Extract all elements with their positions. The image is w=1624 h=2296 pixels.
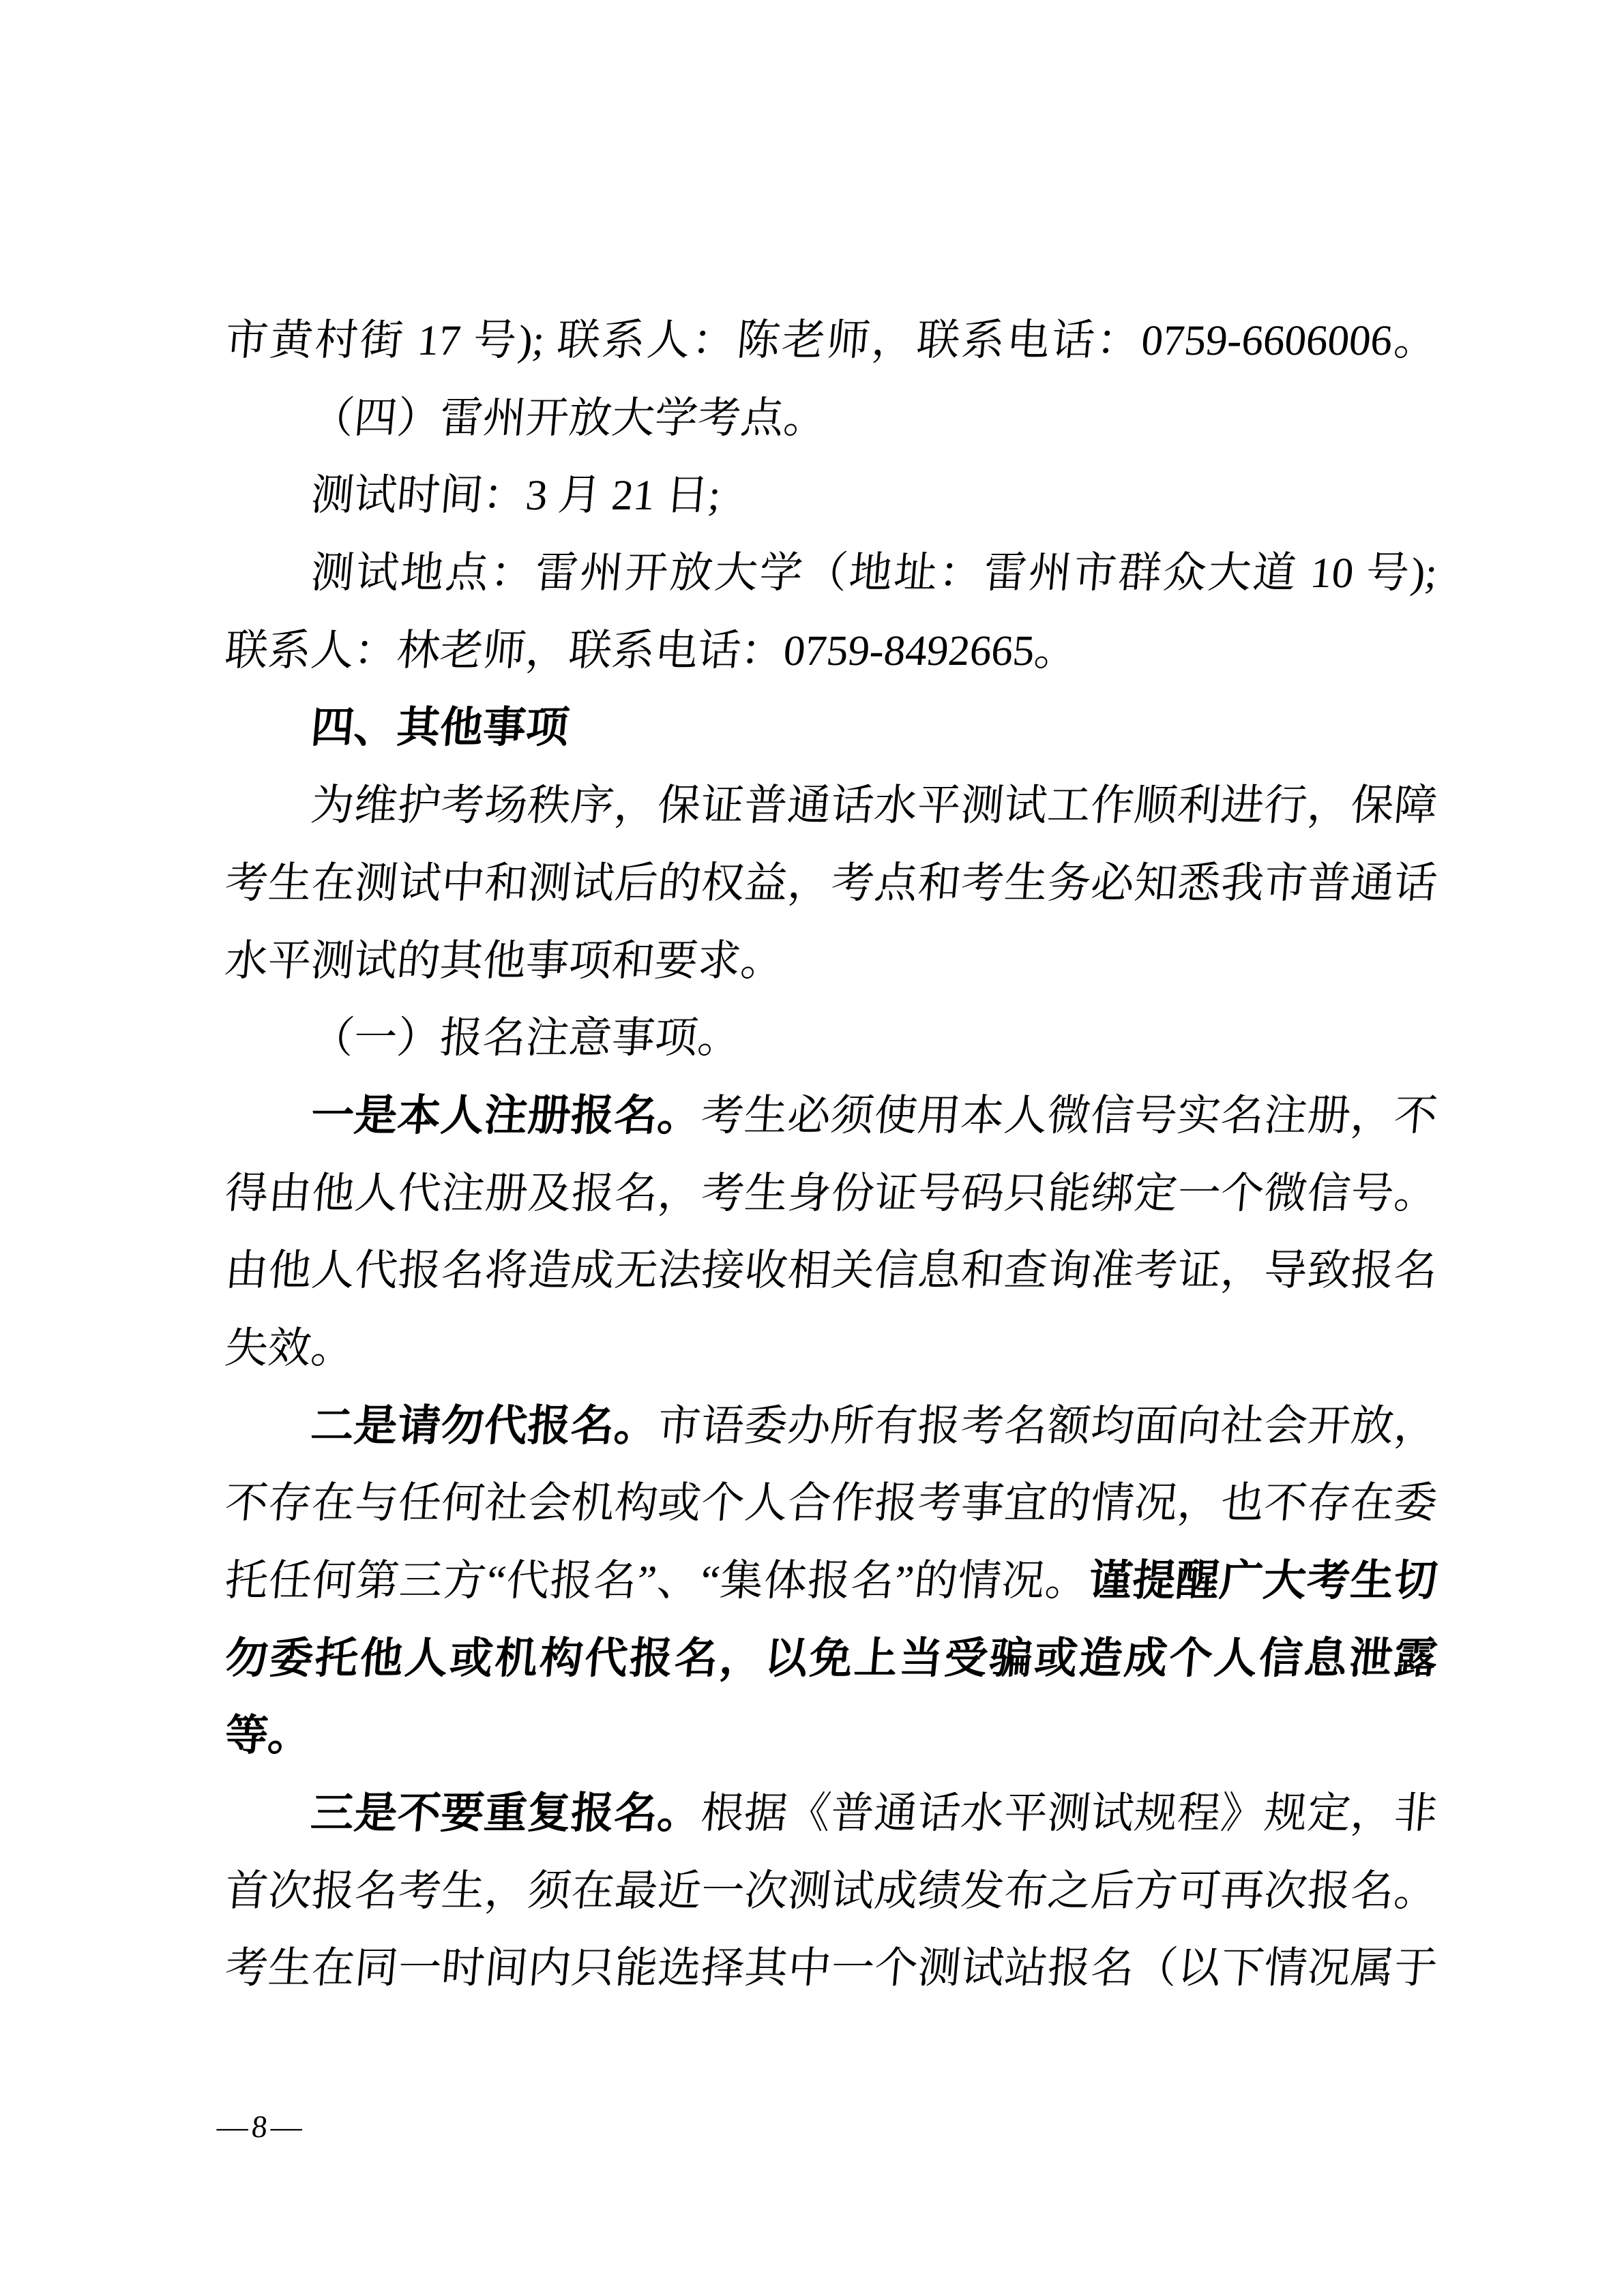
text-run: 测试时间：3 月 21 日; (309, 471, 722, 519)
text-run: （一）报名注意事项。 (309, 1014, 743, 1062)
emphasis-text: 勿委托他人或机构代报名，以免上当受骗或造成个人信息泄露 (223, 1635, 1439, 1682)
subsection-heading-registration-notes: （一）报名注意事项。 (222, 1000, 1441, 1077)
text-run: 不存在与任何社会机构或个人合作报考事宜的情况，也不存在委 (223, 1479, 1439, 1527)
text-line: 托任何第三方“代报名”、“集体报名”的情况。谨提醒广大考生切 (222, 1542, 1441, 1620)
text-line: 为维护考场秩序，保证普通话水平测试工作顺利进行，保障 (222, 767, 1441, 845)
text-run: 考生在同一时间内只能选择其中一个测试站报名（以下情况属于 (223, 1944, 1439, 1992)
text-line: 首次报名考生，须在最近一次测试成绩发布之后方可再次报名。 (222, 1853, 1441, 1930)
text-line: 水平测试的其他事项和要求。 (222, 923, 1441, 1000)
text-run: 联系人：林老师，联系电话：0759-8492665。 (223, 627, 1080, 674)
text-run: 托任何第三方“代报名”、“集体报名”的情况。 (223, 1557, 1091, 1605)
text-run: 首次报名考生，须在最近一次测试成绩发布之后方可再次报名。 (223, 1867, 1439, 1915)
text-line: 考生在测试中和测试后的权益，考点和考生务必知悉我市普通话 (222, 845, 1441, 923)
text-line: 不存在与任何社会机构或个人合作报考事宜的情况，也不存在委 (222, 1465, 1441, 1542)
emphasis-leadin: 二是请勿代报名。 (309, 1402, 660, 1450)
text-run: 得由他人代注册及报名，考生身份证号码只能绑定一个微信号。 (223, 1169, 1439, 1217)
text-line: 等。 (222, 1697, 1441, 1775)
text-run: 测试地点：雷州开放大学（地址：雷州市群众大道 10 号); (309, 549, 1439, 597)
document-body: 市黄村街 17 号); 联系人：陈老师，联系电话：0759-6606006。 （… (225, 302, 1437, 2008)
text-line: 考生在同一时间内只能选择其中一个测试站报名（以下情况属于 (222, 1930, 1441, 2008)
heading-run: 四、其他事项 (309, 704, 571, 751)
text-run: 失效。 (223, 1324, 356, 1372)
text-run: 由他人代报名将造成无法接收相关信息和查询准考证，导致报名 (223, 1247, 1439, 1294)
text-run: 为维护考场秩序，保证普通话水平测试工作顺利进行，保障 (309, 781, 1439, 829)
text-run: 根据《普通话水平测试规程》规定，非 (699, 1789, 1439, 1837)
text-run: （四）雷州开放大学考点。 (309, 394, 829, 442)
emphasis-leadin: 一是本人注册报名。 (309, 1092, 703, 1139)
text-line: 由他人代报名将造成无法接收相关信息和查询准考证，导致报名 (222, 1232, 1441, 1310)
text-line-test-time: 测试时间：3 月 21 日; (222, 457, 1441, 535)
page-number: —8— (215, 2106, 307, 2148)
text-line-contact: 联系人：林老师，联系电话：0759-8492665。 (222, 612, 1441, 690)
text-line: 得由他人代注册及报名，考生身份证号码只能绑定一个微信号。 (222, 1155, 1441, 1233)
text-run: 考生在测试中和测试后的权益，考点和考生务必知悉我市普通话 (223, 859, 1439, 907)
subsection-heading-site4: （四）雷州开放大学考点。 (222, 380, 1441, 458)
emphasis-text: 谨提醒广大考生切 (1087, 1557, 1439, 1605)
text-line: 二是请勿代报名。市语委办所有报考名额均面向社会开放， (222, 1388, 1441, 1465)
text-line: 一是本人注册报名。考生必须使用本人微信号实名注册，不 (222, 1077, 1441, 1155)
text-run: 市黄村街 17 号); 联系人：陈老师，联系电话：0759-6606006。 (223, 316, 1439, 364)
text-line: 市黄村街 17 号); 联系人：陈老师，联系电话：0759-6606006。 (222, 302, 1441, 380)
text-line: 失效。 (222, 1310, 1441, 1388)
text-run: 考生必须使用本人微信号实名注册，不 (699, 1092, 1439, 1139)
emphasis-leadin: 三是不要重复报名。 (309, 1789, 703, 1837)
section-heading-other-matters: 四、其他事项 (222, 689, 1441, 767)
text-line: 三是不要重复报名。根据《普通话水平测试规程》规定，非 (222, 1775, 1441, 1853)
text-run: 水平测试的其他事项和要求。 (223, 937, 786, 985)
document-page: 市黄村街 17 号); 联系人：陈老师，联系电话：0759-6606006。 （… (0, 0, 1624, 2296)
text-line-test-location: 测试地点：雷州开放大学（地址：雷州市群众大道 10 号); (222, 535, 1441, 612)
emphasis-text: 等。 (223, 1712, 313, 1759)
text-run: 市语委办所有报考名额均面向社会开放， (655, 1402, 1439, 1450)
text-line: 勿委托他人或机构代报名，以免上当受骗或造成个人信息泄露 (222, 1620, 1441, 1698)
